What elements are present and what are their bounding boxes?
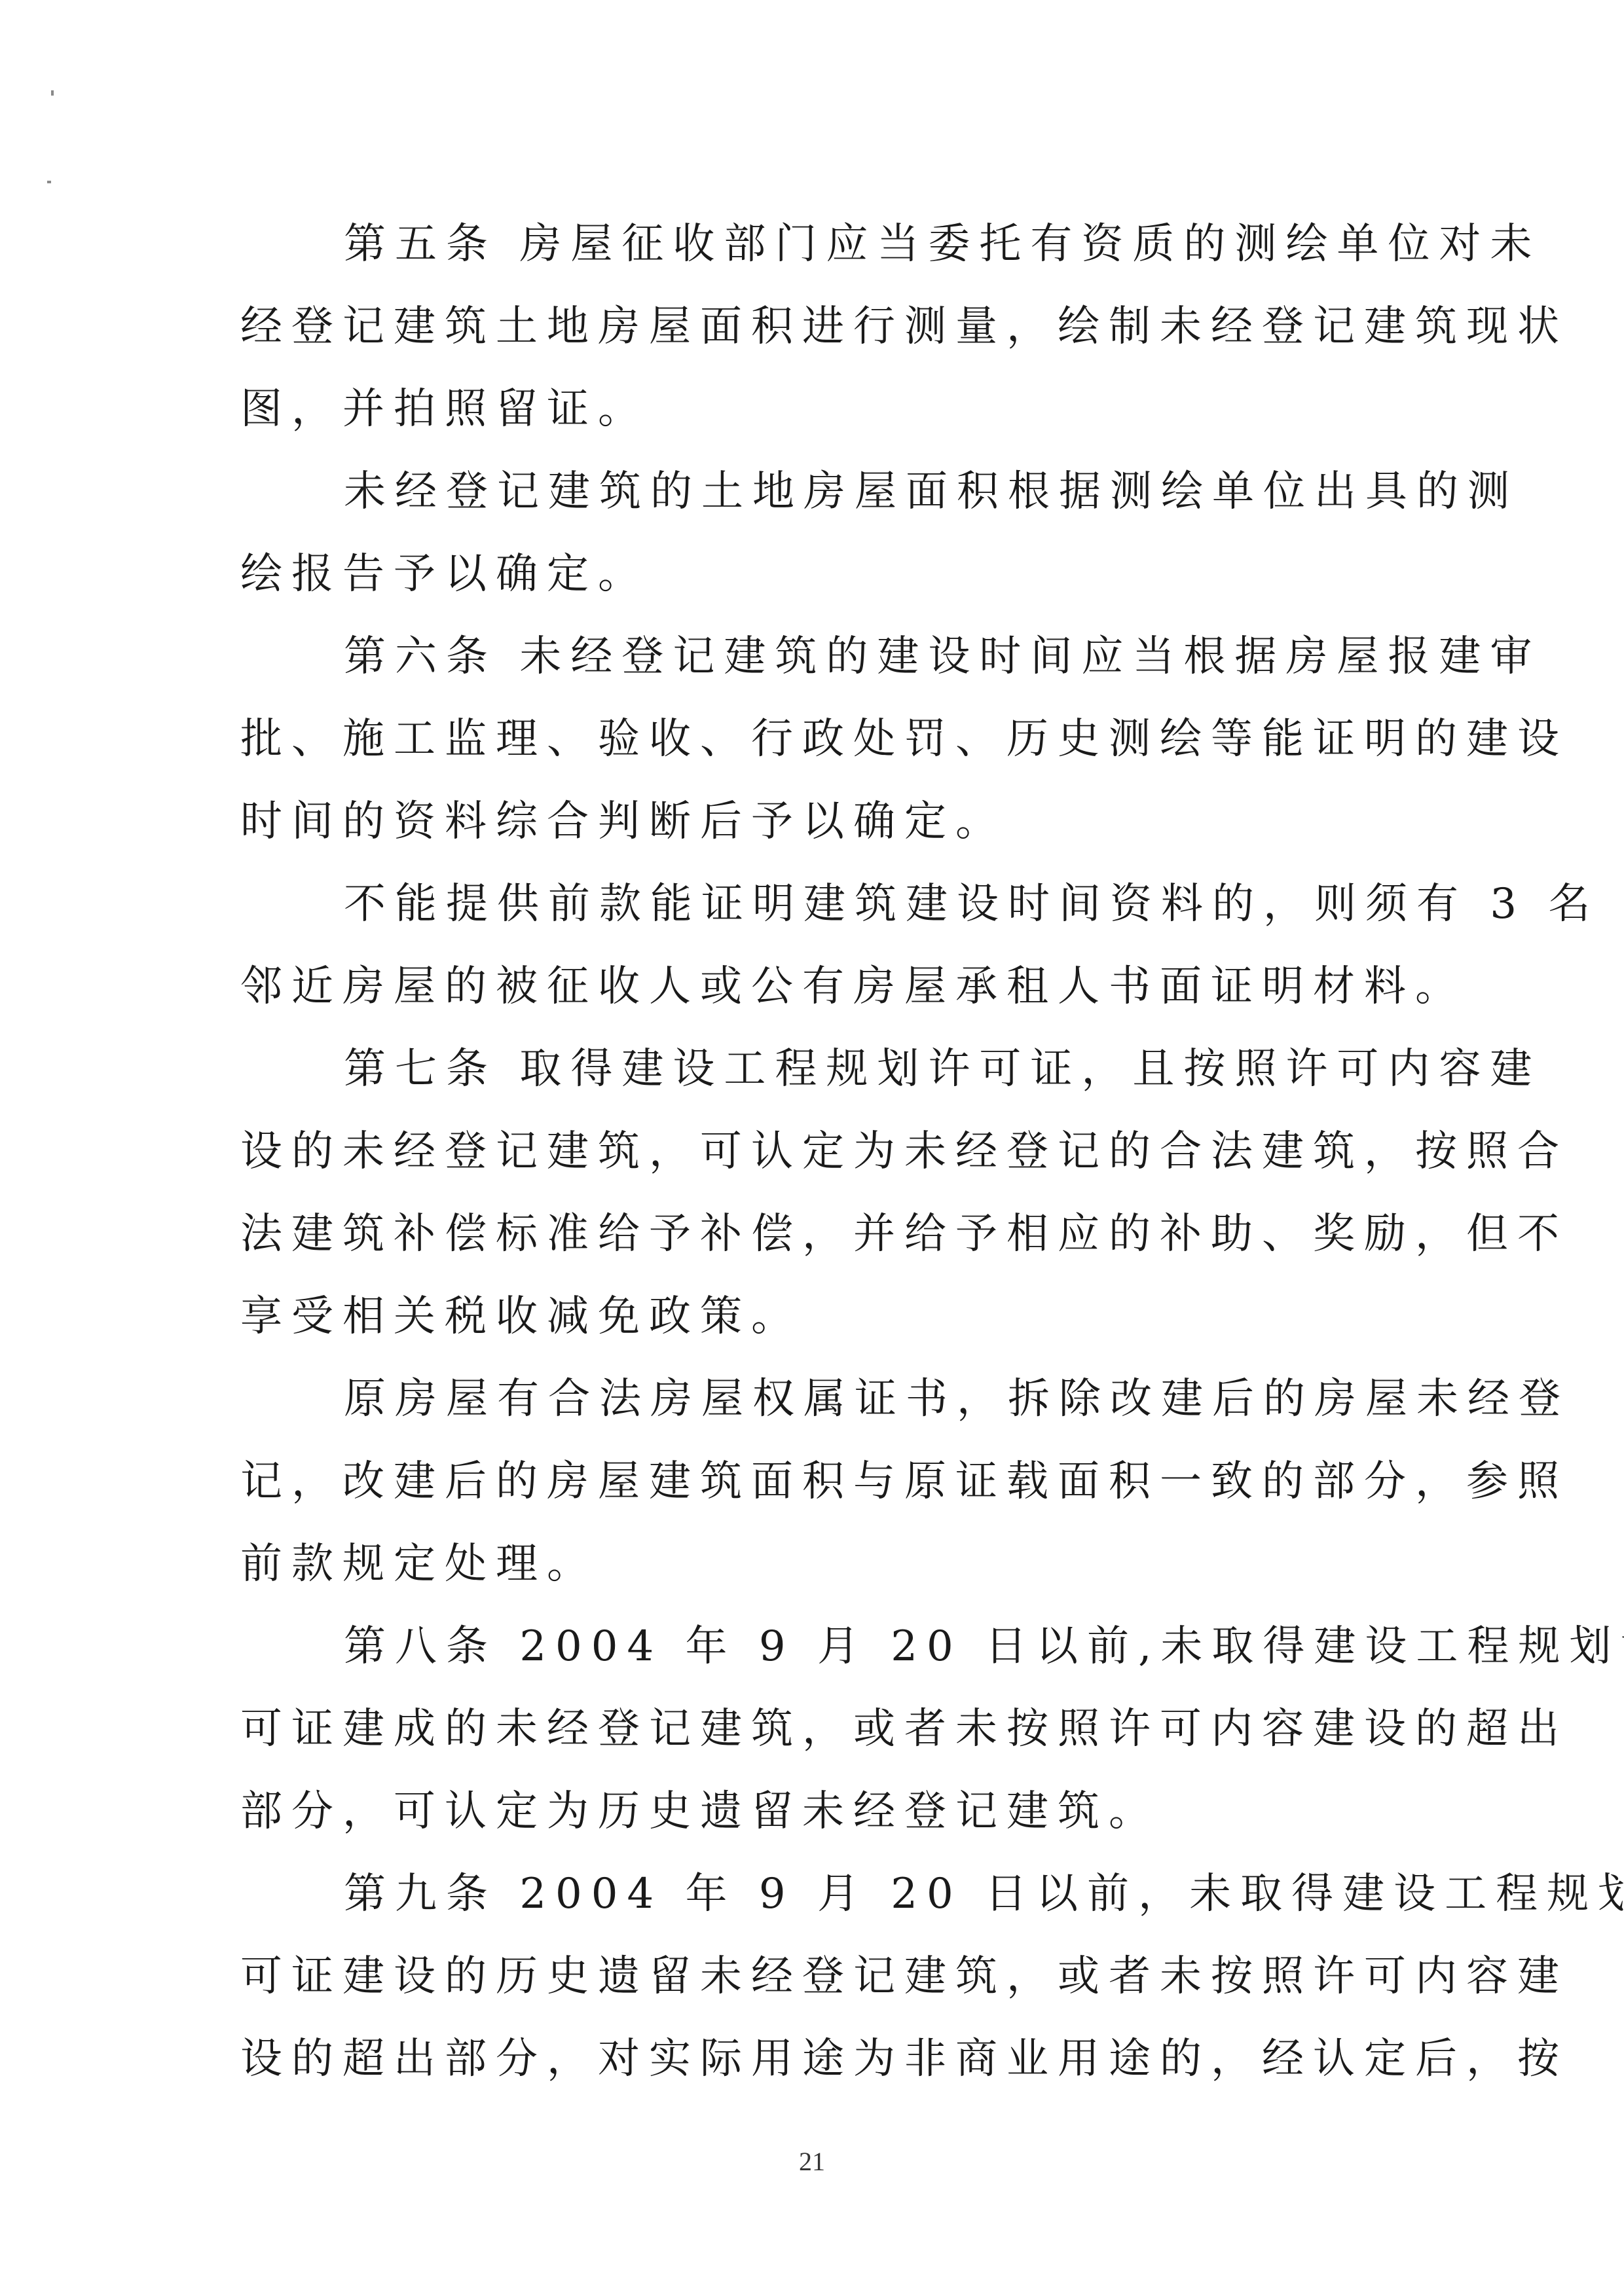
scan-speck (51, 90, 54, 96)
paragraph-line: 绘报告予以确定。 (240, 533, 1393, 615)
paragraph-line: 可证建成的未经登记建筑，或者未按照许可内容建设的超出 (240, 1688, 1393, 1770)
paragraph-line: 部分，可认定为历史遗留未经登记建筑。 (240, 1770, 1393, 1853)
paragraph-line: 法建筑补偿标准给予补偿，并给予相应的补助、奖励，但不 (240, 1193, 1393, 1275)
paragraph-line: 记，改建后的房屋建筑面积与原证载面积一致的部分，参照 (240, 1440, 1393, 1523)
paragraph-line: 可证建设的历史遗留未经登记建筑，或者未按照许可内容建 (240, 1935, 1393, 2018)
paragraph-line: 经登记建筑土地房屋面积进行测量，绘制未经登记建筑现状 (240, 285, 1393, 368)
paragraph-line: 邻近房屋的被征收人或公有房屋承租人书面证明材料。 (240, 945, 1393, 1028)
paragraph-line: 未经登记建筑的土地房屋面积根据测绘单位出具的测 (240, 450, 1393, 533)
paragraph-line: 不能提供前款能证明建筑建设时间资料的，则须有 3 名 (240, 863, 1393, 945)
paragraph-line: 批、施工监理、验收、行政处罚、历史测绘等能证明的建设 (240, 698, 1393, 780)
paragraph-line: 享受相关税收减免政策。 (240, 1275, 1393, 1358)
paragraph-line: 设的未经登记建筑，可认定为未经登记的合法建筑，按照合 (240, 1110, 1393, 1193)
paragraph-line: 图，并拍照留证。 (240, 368, 1393, 450)
paragraph-line: 时间的资料综合判断后予以确定。 (240, 780, 1393, 863)
paragraph-line: 第七条 取得建设工程规划许可证，且按照许可内容建 (240, 1028, 1393, 1110)
document-page: 第五条 房屋征收部门应当委托有资质的测绘单位对未 经登记建筑土地房屋面积进行测量… (0, 0, 1624, 2296)
paragraph-line: 原房屋有合法房屋权属证书，拆除改建后的房屋未经登 (240, 1358, 1393, 1440)
paragraph-line: 设的超出部分，对实际用途为非商业用途的，经认定后，按 (240, 2018, 1393, 2100)
paragraph-line: 第九条 2004 年 9 月 20 日以前，未取得建设工程规划许 (240, 1853, 1393, 1935)
paragraph-line: 第八条 2004 年 9 月 20 日以前,未取得建设工程规划许 (240, 1605, 1393, 1688)
page-number: 21 (0, 2146, 1624, 2177)
scan-speck (47, 181, 51, 183)
body-text: 第五条 房屋征收部门应当委托有资质的测绘单位对未 经登记建筑土地房屋面积进行测量… (240, 203, 1393, 2100)
paragraph-line: 第五条 房屋征收部门应当委托有资质的测绘单位对未 (240, 203, 1393, 285)
paragraph-line: 前款规定处理。 (240, 1523, 1393, 1605)
paragraph-line: 第六条 未经登记建筑的建设时间应当根据房屋报建审 (240, 615, 1393, 698)
